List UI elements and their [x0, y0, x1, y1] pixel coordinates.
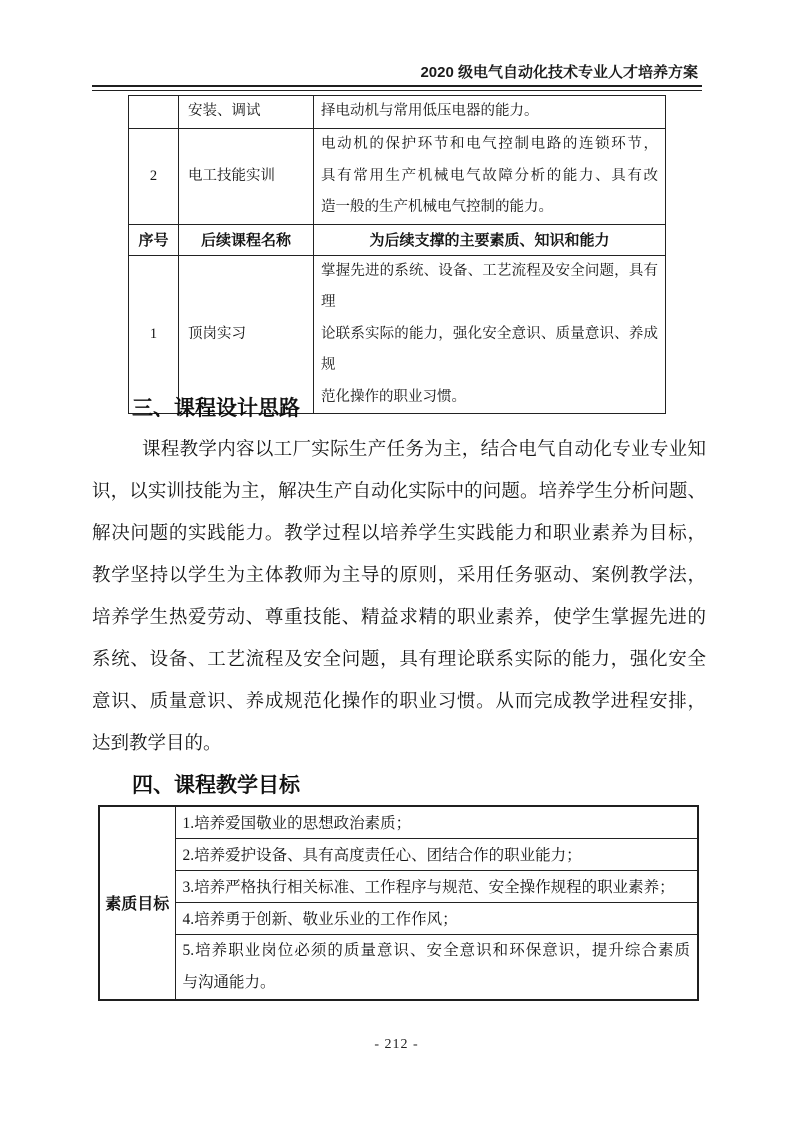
cell-goal-item: 1.培养爱国敬业的思想政治素质；: [175, 806, 698, 838]
paragraph-line: 系统、设备、工艺流程及安全问题，具有理论联系实际的能力，强化安全: [92, 639, 706, 681]
goal-row-4: 4.培养勇于创新、敬业乐业的工作作风；: [99, 902, 698, 934]
cell-course-name: 电工技能实训: [179, 129, 314, 225]
paragraph-line: 课程教学内容以工厂实际生产任务为主，结合电气自动化专业专业知: [92, 429, 706, 471]
desc-line: 具有常用生产机械电气故障分析的能力、具有改: [321, 161, 658, 193]
cell-seq: 1: [129, 255, 179, 414]
goal-row-1: 素质目标 1.培养爱国敬业的思想政治素质；: [99, 806, 698, 838]
cell-support-desc: 电动机的保护环节和电气控制电路的连锁环节， 具有常用生产机械电气故障分析的能力、…: [314, 129, 666, 225]
desc-line: 电动机的保护环节和电气控制电路的连锁环节，: [321, 129, 658, 161]
table-row-continuation: 安装、调试 择电动机与常用低压电器的能力。: [129, 96, 666, 129]
page-header-rule: [92, 85, 702, 91]
course-design-paragraph: 课程教学内容以工厂实际生产任务为主，结合电气自动化专业专业知 识，以实训技能为主…: [92, 429, 706, 765]
cell-seq: [129, 96, 179, 129]
paragraph-line: 达到教学目的。: [92, 723, 706, 765]
cell-goal-item: 5.培养职业岗位必须的质量意识、安全意识和环保意识，提升综合素质 与沟通能力。: [175, 934, 698, 1000]
header-cell-seq: 序号: [129, 224, 179, 255]
cell-seq: 2: [129, 129, 179, 225]
header-cell-support-desc: 为后续支撑的主要素质、知识和能力: [314, 224, 666, 255]
goal-row-3: 3.培养严格执行相关标准、工作程序与规范、安全操作规程的职业素养；: [99, 870, 698, 902]
cell-goal-item: 3.培养严格执行相关标准、工作程序与规范、安全操作规程的职业素养；: [175, 870, 698, 902]
paragraph-line: 解决问题的实践能力。教学过程以培养学生实践能力和职业素养为目标，: [92, 513, 706, 555]
goal-row-5: 5.培养职业岗位必须的质量意识、安全意识和环保意识，提升综合素质 与沟通能力。: [99, 934, 698, 1000]
section-heading-teaching-goals: 四、课程教学目标: [132, 769, 300, 799]
desc-line: 择电动机与常用低压电器的能力。: [321, 96, 658, 128]
desc-line: 论联系实际的能力，强化安全意识、质量意识、养成规: [321, 319, 658, 382]
quality-goals-table: 素质目标 1.培养爱国敬业的思想政治素质； 2.培养爱护设备、具有高度责任心、团…: [98, 805, 699, 1001]
table-row-course-2: 2 电工技能实训 电动机的保护环节和电气控制电路的连锁环节， 具有常用生产机械电…: [129, 129, 666, 225]
cell-goal-category: 素质目标: [99, 806, 175, 1000]
goal-row-2: 2.培养爱护设备、具有高度责任心、团结合作的职业能力；: [99, 838, 698, 870]
page-number: - 212 -: [0, 1037, 793, 1053]
section-heading-course-design: 三、课程设计思路: [132, 392, 300, 422]
desc-line: 范化操作的职业习惯。: [321, 382, 658, 414]
paragraph-line: 识，以实训技能为主，解决生产自动化实际中的问题。培养学生分析问题、: [92, 471, 706, 513]
paragraph-line: 意识、质量意识、养成规范化操作的职业习惯。从而完成教学进程安排，: [92, 681, 706, 723]
cell-course-name: 顶岗实习: [179, 255, 314, 414]
desc-line: 掌握先进的系统、设备、工艺流程及安全问题，具有理: [321, 256, 658, 319]
cell-goal-item: 4.培养勇于创新、敬业乐业的工作作风；: [175, 902, 698, 934]
prior-support-table: 安装、调试 择电动机与常用低压电器的能力。 2 电工技能实训 电动机的保护环节和…: [128, 95, 666, 414]
header-cell-course-name: 后续课程名称: [179, 224, 314, 255]
cell-support-desc: 掌握先进的系统、设备、工艺流程及安全问题，具有理 论联系实际的能力，强化安全意识…: [314, 255, 666, 414]
goal-item-line: 5.培养职业岗位必须的质量意识、安全意识和环保意识，提升综合素质: [183, 935, 691, 967]
prior-support-table-body: 安装、调试 择电动机与常用低压电器的能力。 2 电工技能实训 电动机的保护环节和…: [129, 96, 666, 414]
goal-item-line: 与沟通能力。: [183, 967, 691, 999]
page-header-title: 2020 级电气自动化技术专业人才培养方案: [0, 61, 698, 82]
cell-goal-item: 2.培养爱护设备、具有高度责任心、团结合作的职业能力；: [175, 838, 698, 870]
cell-course-name: 安装、调试: [179, 96, 314, 129]
quality-goals-table-body: 素质目标 1.培养爱国敬业的思想政治素质； 2.培养爱护设备、具有高度责任心、团…: [99, 806, 698, 1000]
cell-support-desc: 择电动机与常用低压电器的能力。: [314, 96, 666, 129]
desc-line: 造一般的生产机械电气控制的能力。: [321, 192, 658, 224]
table-row-course-1: 1 顶岗实习 掌握先进的系统、设备、工艺流程及安全问题，具有理 论联系实际的能力…: [129, 255, 666, 414]
paragraph-line: 教学坚持以学生为主体教师为主导的原则，采用任务驱动、案例教学法，: [92, 555, 706, 597]
document-page: 2020 级电气自动化技术专业人才培养方案 安装、调试 择电动机与常用低压电器的…: [0, 0, 793, 1122]
paragraph-line: 培养学生热爱劳动、尊重技能、精益求精的职业素养，使学生掌握先进的: [92, 597, 706, 639]
table-header-row: 序号 后续课程名称 为后续支撑的主要素质、知识和能力: [129, 224, 666, 255]
